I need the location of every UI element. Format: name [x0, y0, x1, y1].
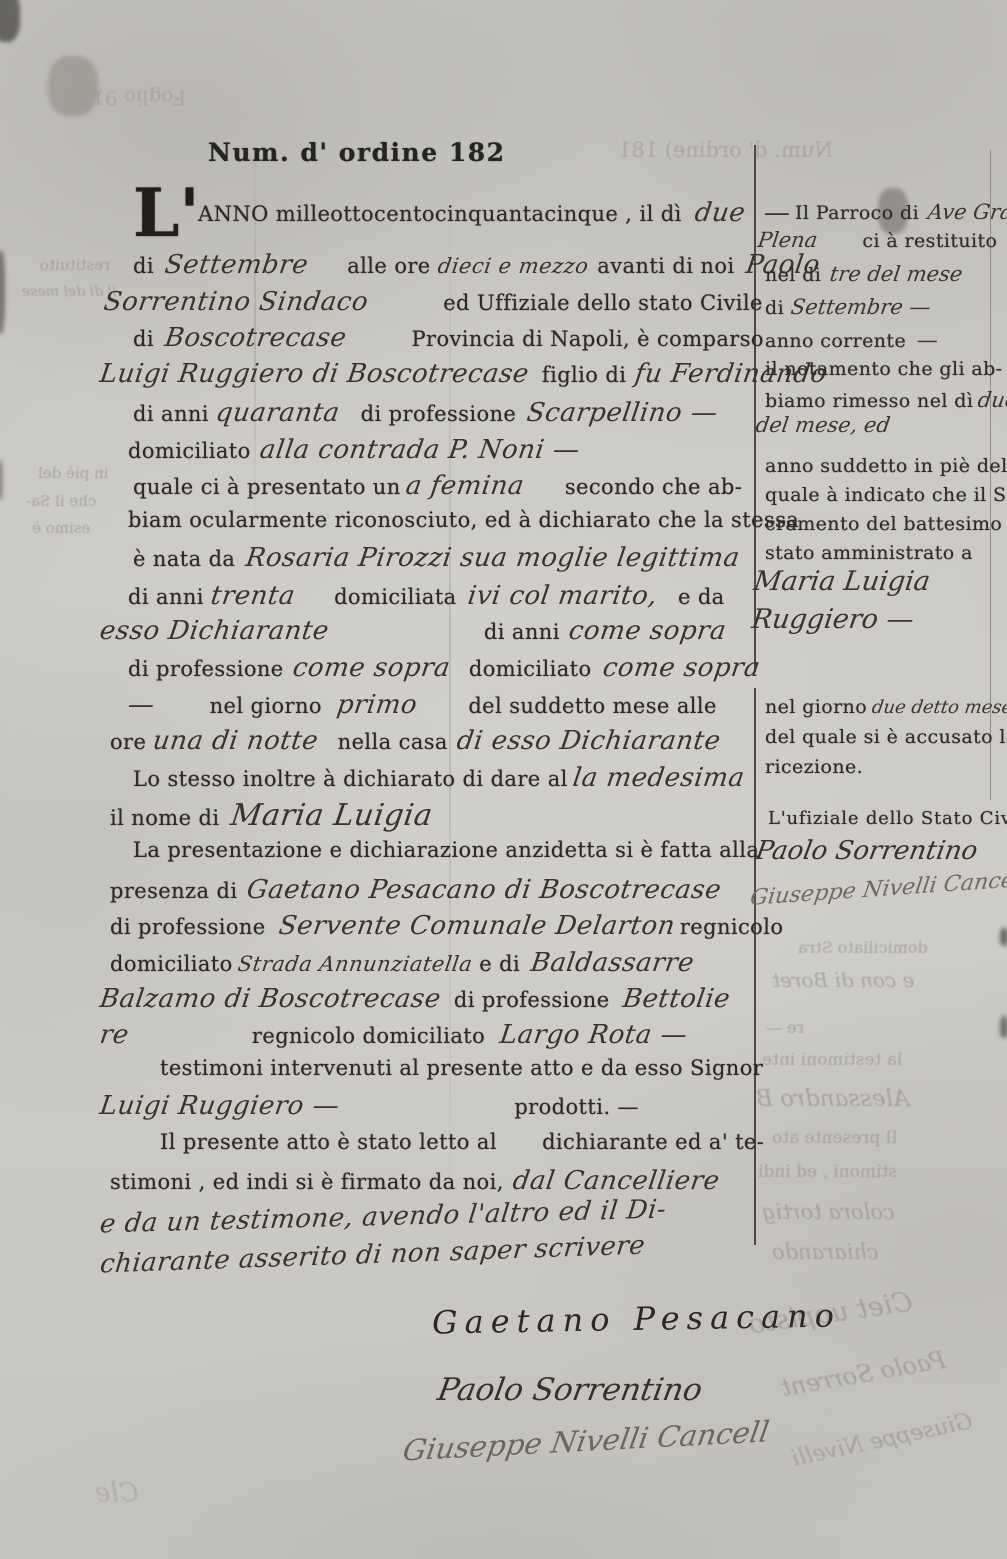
act-line: domiciliato alla contrada P. Noni —: [128, 435, 579, 465]
handwritten-text: come sopra: [567, 616, 728, 646]
printed-text: regnicolo: [680, 915, 784, 939]
printed-text: di professione: [454, 988, 610, 1012]
act-line: di professione come sopra domiciliato co…: [128, 653, 760, 683]
handwritten-text: Strada Annunziatella: [236, 952, 474, 976]
signature-mayor: Paolo Sorrentino: [435, 1372, 705, 1408]
printed-text: del suddetto mese alle: [468, 694, 716, 718]
margin-signature-mayor: Paolo Sorrentino: [753, 836, 980, 866]
printed-text: figlio di: [542, 363, 626, 387]
handwritten-text: due detto mese: [871, 697, 1007, 718]
bleedthrough-text: Num. d' ordine) 181: [618, 138, 833, 162]
printed-text: di professione: [110, 915, 266, 939]
margin-line: anno suddetto in piè del: [765, 455, 1007, 477]
printed-text: Lo stesso inoltre à dichiarato di dare a…: [133, 767, 568, 791]
scan-edge-mark: [1000, 1016, 1007, 1038]
handwritten-text: una di notte: [151, 726, 320, 756]
handwritten-text: ivi col marito,: [466, 581, 659, 611]
margin-line: anno corrente —: [765, 328, 938, 352]
printed-text: domiciliato: [110, 952, 233, 976]
printed-text: ore: [110, 730, 146, 754]
printed-text: di: [133, 254, 154, 278]
bleedthrough-text: domiciliato Stra: [798, 938, 928, 957]
margin-line: il notamento che gli ab-: [765, 358, 1002, 380]
printed-text: testimoni intervenuti al presente atto e…: [160, 1056, 763, 1080]
printed-text: di professione: [128, 657, 284, 681]
handwritten-text: Maria Luigia: [228, 798, 434, 833]
act-line: di anni trenta domiciliata ivi col marit…: [128, 581, 725, 611]
act-line: stimoni , ed indi si è firmato da noi, d…: [110, 1166, 719, 1196]
margin-line: stato amministrato a: [765, 542, 973, 564]
handwritten-text: quaranta: [214, 398, 342, 428]
handwritten-text: Servente Comunale Delarton: [277, 911, 677, 941]
printed-text: di anni: [128, 585, 204, 609]
margin-line: L'ufiziale dello Stato Civile: [768, 808, 1007, 829]
bleedthrough-text: Il presente ato: [772, 1128, 898, 1148]
printed-text: La presentazione e dichiarazione anzidet…: [133, 838, 759, 862]
pencil-squiggle: [48, 56, 98, 116]
handwritten-text: —: [916, 328, 940, 352]
act-line: — nel giorno primo del suddetto mese all…: [128, 690, 717, 720]
margin-line: nel giorno due detto mese: [765, 696, 1007, 718]
printed-text: è nata da: [133, 547, 235, 571]
bleedthrough-text: Foglio 91: [92, 86, 186, 110]
handwritten-text: due: [693, 198, 747, 228]
printed-text: il nome di: [110, 806, 219, 830]
act-line: Balzamo di Boscotrecase di professione B…: [100, 984, 730, 1014]
margin-line: cramento del battesimo è: [765, 513, 1007, 535]
order-number: Num. d' ordine 182: [208, 138, 506, 167]
handwritten-text: Bettolie: [621, 984, 732, 1014]
printed-text: del quale si è accusato la: [765, 726, 1007, 748]
handwritten-text: come sopra: [291, 653, 452, 683]
printed-text: prodotti. —: [514, 1095, 639, 1119]
printed-text: quale à indicato che il Sa-: [765, 484, 1007, 506]
margin-line: ricezione.: [765, 756, 863, 778]
handwritten-text: Balzamo di Boscotrecase: [98, 984, 443, 1014]
handwritten-text: Gaetano Pesacano di Boscotrecase: [244, 875, 722, 905]
margin-line: Ruggiero —: [752, 604, 914, 635]
printed-text: ANNO milleottocentocinquantacinque , il …: [198, 202, 682, 226]
handwritten-text: dieci e mezzo: [436, 254, 590, 278]
handwritten-text: Maria Luigia: [752, 566, 932, 597]
handwritten-text: Ave Gratia: [926, 200, 1007, 224]
handwritten-text: Baldassarre: [529, 948, 696, 978]
printed-text: biamo rimesso nel dì: [765, 390, 973, 412]
handwritten-text: di esso Dichiarante: [455, 726, 723, 756]
bleedthrough-text: la testimoni inte: [762, 1050, 902, 1070]
printed-text: biam ocularmente riconosciuto, ed à dich…: [128, 508, 799, 532]
printed-text: Provincia di Napoli, è comparso: [412, 327, 764, 351]
printed-text: Il Parroco di: [795, 202, 919, 224]
margin-line: quale à indicato che il Sa-: [765, 484, 1007, 506]
printed-text: nel giorno: [210, 694, 322, 718]
printed-text: domiciliato: [128, 439, 251, 463]
handwritten-text: primo: [335, 690, 419, 720]
printed-text: Il presente atto è stato letto al: [160, 1130, 497, 1154]
act-line: presenza di Gaetano Pesacano di Boscotre…: [110, 875, 721, 905]
printed-text: di professione: [361, 402, 517, 426]
bleedthrough-text: Alessandro B: [756, 1086, 910, 1112]
printed-text: dichiarante ed a' te-: [542, 1130, 764, 1154]
handwritten-text: Settembre: [163, 250, 310, 280]
scan-edge-mark: [1000, 928, 1007, 946]
bleedthrough-text: restituito: [40, 256, 110, 274]
printed-text: presenza di: [110, 879, 237, 903]
act-line: quale ci à presentato un a femina second…: [133, 471, 742, 501]
act-line: Luigi Ruggiero — prodotti. —: [100, 1091, 639, 1121]
printed-text: di anni: [133, 402, 209, 426]
printed-text: ci à restituito: [862, 230, 997, 252]
margin-line: biamo rimesso nel dì due: [765, 388, 1007, 412]
handwritten-text: Ruggiero —: [750, 604, 916, 635]
handwritten-text: —: [762, 198, 793, 228]
handwritten-text: esso Dichiarante: [98, 616, 331, 646]
handwritten-text: dal Cancelliere: [511, 1166, 722, 1196]
drop-cap: L': [133, 180, 200, 246]
act-line: ANNO milleottocentocinquantacinque , il …: [198, 198, 791, 228]
handwritten-text: due: [977, 388, 1007, 412]
handwritten-text: come sopra: [601, 653, 762, 683]
margin-line: di Settembre —: [765, 295, 931, 319]
printed-text: avanti di noi: [597, 254, 734, 278]
act-line: di anni quaranta di professione Scarpell…: [133, 398, 718, 428]
bleedthrough-text: che il Sa-: [26, 492, 96, 510]
handwritten-text: —: [126, 690, 157, 720]
printed-text: alle ore: [347, 254, 430, 278]
printed-text: ed Uffiziale dello stato Civile: [443, 291, 763, 315]
printed-text: domiciliata: [334, 585, 457, 609]
printed-text: stato amministrato a: [765, 542, 973, 564]
printed-text: anno corrente: [765, 330, 906, 352]
printed-text: regnicolo domiciliato: [252, 1024, 485, 1048]
margin-line: del mese, ed: [756, 413, 890, 437]
printed-text: ricezione.: [765, 756, 863, 778]
bleedthrough-text: in piè del: [38, 464, 109, 482]
handwritten-text: a femina: [404, 471, 526, 501]
printed-text: secondo che ab-: [565, 475, 742, 499]
act-line: è nata da Rosaria Pirozzi sua moglie leg…: [133, 543, 740, 573]
bleedthrough-text: esimo è: [32, 519, 90, 537]
handwritten-text: Luigi Ruggiero di Boscotrecase: [98, 359, 531, 389]
signature-witness: Gaetano Pesacano: [432, 1296, 842, 1341]
handwritten-text: Largo Rota —: [498, 1020, 689, 1050]
handwritten-text: trenta: [209, 581, 297, 611]
handwritten-text: Rosaria Pirozzi sua moglie legittima: [244, 543, 742, 573]
act-line: ore una di notte nella casa di esso Dich…: [110, 726, 720, 756]
bleedthrough-text: e con di Boret: [772, 968, 914, 992]
act-line: re regnicolo domiciliato Largo Rota —: [100, 1020, 687, 1050]
printed-text: e da: [678, 585, 725, 609]
printed-text: e di: [479, 952, 520, 976]
act-line: esso Dichiarante di anni come sopra: [100, 616, 726, 646]
handwritten-text: alla contrada P. Noni —: [258, 435, 582, 465]
margin-line: Plena ci à restituito: [758, 228, 997, 252]
bleedthrough-text: chiarando: [772, 1240, 879, 1264]
printed-text: anno suddetto in piè del: [765, 455, 1007, 477]
handwritten-text: Luigi Ruggiero —: [98, 1091, 341, 1121]
printed-text: stimoni , ed indi si è firmato da noi,: [110, 1170, 504, 1194]
printed-text: nella casa: [338, 730, 448, 754]
bleedthrough-text: re —: [766, 1018, 804, 1037]
bleedthrough-text: stimoni , ed indi: [758, 1162, 897, 1182]
printed-text: cramento del battesimo è: [765, 513, 1007, 535]
printed-text: quale ci à presentato un: [133, 475, 401, 499]
act-line: di Settembre alle ore dieci e mezzo avan…: [133, 250, 820, 280]
act-line: Il presente atto è stato letto al dichia…: [160, 1130, 764, 1154]
handwritten-text: Settembre —: [789, 295, 932, 319]
printed-text: nel giorno: [765, 696, 867, 718]
act-line: di professione Servente Comunale Delarto…: [110, 911, 783, 941]
handwritten-text: Scarpellino —: [525, 398, 720, 428]
handwritten-text: la medesima: [571, 763, 747, 793]
bleedthrough-text: colora tortig: [762, 1200, 895, 1224]
margin-line: del quale si è accusato la: [765, 726, 1007, 748]
handwritten-text: re: [98, 1020, 131, 1050]
act-line: Lo stesso inoltre à dichiarato di dare a…: [133, 763, 744, 793]
printed-text: di: [765, 297, 784, 319]
printed-text: di: [133, 327, 154, 351]
handwritten-text: Boscotrecase: [163, 323, 349, 353]
margin-line: Maria Luigia: [754, 566, 930, 597]
printed-text: domiciliato: [469, 657, 592, 681]
act-line: Sorrentino Sindaco ed Uffiziale dello st…: [104, 287, 763, 317]
act-line: Luigi Ruggiero di Boscotrecase figlio di…: [100, 359, 827, 389]
bleedthrough-text: il dì del mese: [22, 284, 117, 300]
act-line: il nome di Maria Luigia: [110, 798, 432, 833]
act-line: testimoni intervenuti al presente atto e…: [160, 1056, 763, 1080]
printed-text: di anni: [484, 620, 560, 644]
column-divider-rule: [754, 688, 756, 1245]
printed-text: nel dì: [765, 264, 821, 286]
act-line: di Boscotrecase Provincia di Napoli, è c…: [133, 323, 764, 353]
act-line: biam ocularmente riconosciuto, ed à dich…: [128, 508, 799, 532]
act-line: domiciliato Strada Annunziatella e di Ba…: [110, 948, 694, 978]
bleedthrough-text: Cle: [95, 1478, 139, 1508]
handwritten-text: Plena: [756, 228, 819, 252]
handwritten-text: del mese, ed: [754, 413, 891, 437]
printed-text: il notamento che gli ab-: [765, 358, 1002, 380]
official-title: L'ufiziale dello Stato Civile: [768, 808, 1007, 829]
act-line: La presentazione e dichiarazione anzidet…: [133, 838, 759, 862]
margin-line: nel dì tre del mese: [765, 262, 963, 286]
handwritten-text: tre del mese: [829, 262, 965, 286]
handwritten-text: Sorrentino Sindaco: [102, 287, 370, 317]
margin-line: Il Parroco di Ave Gratia: [795, 200, 1007, 224]
